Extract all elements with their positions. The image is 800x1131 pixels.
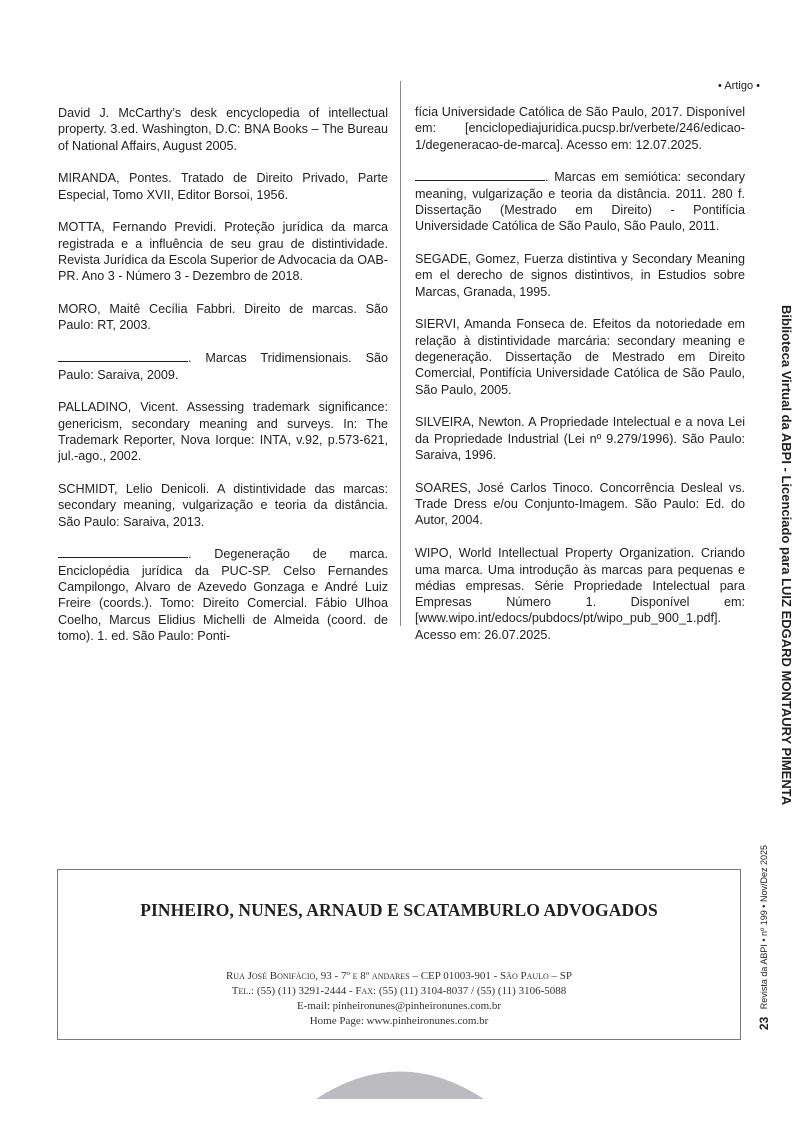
reference-item: WIPO, World Intellectual Property Organi… (415, 545, 745, 643)
firm-address: Rua José Bonifácio, 93 - 7º e 8º andares… (58, 969, 740, 984)
reference-item: MOTTA, Fernando Previdi. Proteção jurídi… (58, 219, 388, 284)
reference-item: . Degeneração de marca. Enciclopédia jur… (58, 546, 388, 644)
issue-footer: 23 Revista da ABPI • nº 199 • Nov/Dez 20… (757, 845, 771, 1030)
reference-item: MIRANDA, Pontes. Tratado de Direito Priv… (58, 170, 388, 203)
firm-contact: Rua José Bonifácio, 93 - 7º e 8º andares… (58, 969, 740, 1029)
references-right-column: fícia Universidade Católica de São Paulo… (415, 104, 745, 660)
reference-item: SCHMIDT, Lelio Denicoli. A distintividad… (58, 481, 388, 530)
reference-item: SILVEIRA, Newton. A Propriedade Intelect… (415, 414, 745, 463)
reference-item: SEGADE, Gomez, Fuerza distintiva y Secon… (415, 251, 745, 300)
firm-name: PINHEIRO, NUNES, ARNAUD E SCATAMBURLO AD… (58, 900, 740, 921)
advertisement-box: PINHEIRO, NUNES, ARNAUD E SCATAMBURLO AD… (57, 869, 741, 1040)
reference-item: . Marcas em semiótica: secondary meaning… (415, 169, 745, 234)
reference-item: SIERVI, Amanda Fonseca de. Efeitos da no… (415, 316, 745, 397)
references-left-column: David J. McCarthy’s desk encyclopedia of… (58, 105, 388, 661)
reference-item: PALLADINO, Vicent. Assessing trademark s… (58, 399, 388, 464)
page-number: 23 (757, 1017, 771, 1030)
reference-item: fícia Universidade Católica de São Paulo… (415, 104, 745, 153)
reference-item: . Marcas Tridimensionais. São Paulo: Sar… (58, 350, 388, 383)
author-repeat-line (58, 546, 188, 558)
firm-homepage[interactable]: Home Page: www.pinheironunes.com.br (58, 1014, 740, 1029)
author-repeat-line (415, 169, 545, 181)
column-divider (400, 81, 401, 626)
reference-item: MORO, Maitê Cecília Fabbri. Direito de m… (58, 301, 388, 334)
reference-item: SOARES, José Carlos Tinoco. Concorrência… (415, 480, 745, 529)
reference-item: David J. McCarthy’s desk encyclopedia of… (58, 105, 388, 154)
firm-phones: Tel.: (55) (11) 3291-2444 - Fax: (55) (1… (58, 984, 740, 999)
firm-email[interactable]: E-mail: pinheironunes@pinheironunes.com.… (58, 999, 740, 1014)
issue-info: Revista da ABPI • nº 199 • Nov/Dez 2025 (759, 845, 769, 1009)
decorative-dome-shape (316, 1062, 484, 1099)
license-banner: Biblioteca Virtual da ABPI - Licenciado … (779, 305, 794, 805)
section-tag: • Artigo • (718, 80, 760, 92)
author-repeat-line (58, 350, 188, 362)
